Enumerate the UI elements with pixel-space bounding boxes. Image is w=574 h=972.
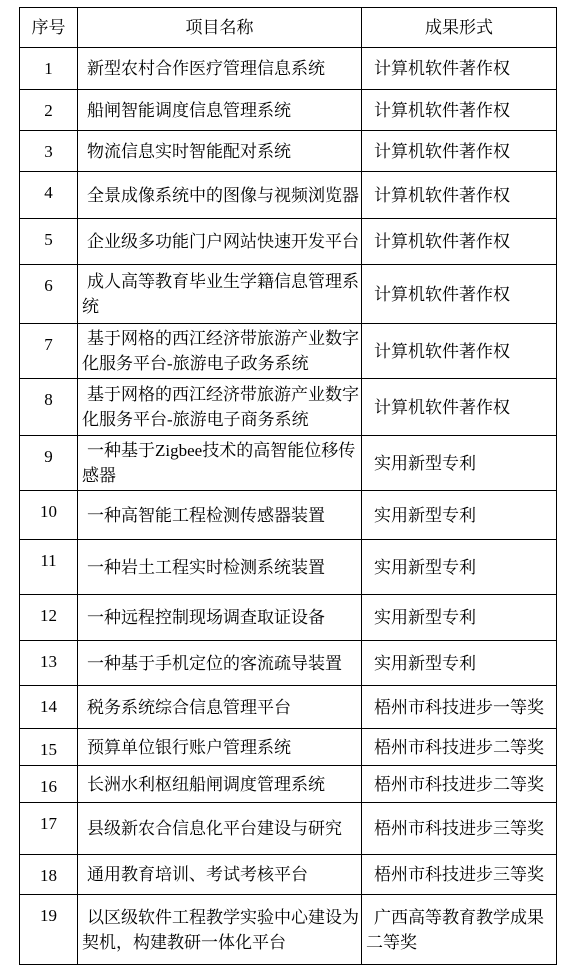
row-number: 4	[20, 172, 78, 219]
result-type: 梧州市科技进步三等奖	[362, 855, 557, 895]
project-name: 税务系统综合信息管理平台	[78, 686, 362, 729]
row-number: 16	[20, 766, 78, 803]
table-row: 11 一种岩土工程实时检测系统装置 实用新型专利	[20, 540, 557, 595]
header-row: 序号 项目名称 成果形式	[20, 8, 557, 48]
result-type: 实用新型专利	[362, 641, 557, 686]
project-name: 船闸智能调度信息管理系统	[78, 90, 362, 131]
row-number: 11	[20, 540, 78, 595]
result-type: 梧州市科技进步三等奖	[362, 803, 557, 855]
result-type: 实用新型专利	[362, 436, 557, 491]
project-name: 成人高等教育毕业生学籍信息管理系统	[78, 265, 362, 324]
project-name: 一种基于手机定位的客流疏导装置	[78, 641, 362, 686]
project-name: 企业级多功能门户网站快速开发平台	[78, 219, 362, 265]
project-name: 以区级软件工程教学实验中心建设为契机，构建教研一体化平台	[78, 895, 362, 965]
result-type: 梧州市科技进步二等奖	[362, 729, 557, 766]
table-row: 16 长洲水利枢纽船闸调度管理系统 梧州市科技进步二等奖	[20, 766, 557, 803]
project-name: 一种基于Zigbee技术的高智能位移传感器	[78, 436, 362, 491]
result-type: 实用新型专利	[362, 595, 557, 641]
header-name: 项目名称	[78, 8, 362, 48]
project-name: 全景成像系统中的图像与视频浏览器	[78, 172, 362, 219]
project-name: 基于网格的西江经济带旅游产业数字化服务平台-旅游电子政务系统	[78, 324, 362, 379]
row-number: 10	[20, 491, 78, 540]
table-row: 7 基于网格的西江经济带旅游产业数字化服务平台-旅游电子政务系统 计算机软件著作…	[20, 324, 557, 379]
result-type: 计算机软件著作权	[362, 219, 557, 265]
project-name: 物流信息实时智能配对系统	[78, 131, 362, 172]
table-row: 9 一种基于Zigbee技术的高智能位移传感器 实用新型专利	[20, 436, 557, 491]
header-result: 成果形式	[362, 8, 557, 48]
project-name: 基于网格的西江经济带旅游产业数字化服务平台-旅游电子商务系统	[78, 379, 362, 436]
table-row: 8 基于网格的西江经济带旅游产业数字化服务平台-旅游电子商务系统 计算机软件著作…	[20, 379, 557, 436]
project-name: 预算单位银行账户管理系统	[78, 729, 362, 766]
result-type: 计算机软件著作权	[362, 324, 557, 379]
project-name: 一种远程控制现场调查取证设备	[78, 595, 362, 641]
row-number: 14	[20, 686, 78, 729]
row-number: 15	[20, 729, 78, 766]
row-number: 17	[20, 803, 78, 855]
result-type: 广西高等教育教学成果二等奖	[362, 895, 557, 965]
project-name: 通用教育培训、考试考核平台	[78, 855, 362, 895]
result-type: 计算机软件著作权	[362, 172, 557, 219]
row-number: 7	[20, 324, 78, 379]
header-no: 序号	[20, 8, 78, 48]
row-number: 8	[20, 379, 78, 436]
result-type: 计算机软件著作权	[362, 265, 557, 324]
row-number: 9	[20, 436, 78, 491]
page: 序号 项目名称 成果形式 1 新型农村合作医疗管理信息系统 计算机软件著作权 2…	[0, 0, 574, 972]
project-name: 一种高智能工程检测传感器装置	[78, 491, 362, 540]
table-row: 6 成人高等教育毕业生学籍信息管理系统 计算机软件著作权	[20, 265, 557, 324]
table-row: 3 物流信息实时智能配对系统 计算机软件著作权	[20, 131, 557, 172]
table-row: 17 县级新农合信息化平台建设与研究 梧州市科技进步三等奖	[20, 803, 557, 855]
row-number: 5	[20, 219, 78, 265]
row-number: 2	[20, 90, 78, 131]
table-row: 4 全景成像系统中的图像与视频浏览器 计算机软件著作权	[20, 172, 557, 219]
result-type: 计算机软件著作权	[362, 90, 557, 131]
row-number: 6	[20, 265, 78, 324]
results-table: 序号 项目名称 成果形式 1 新型农村合作医疗管理信息系统 计算机软件著作权 2…	[19, 7, 557, 965]
row-number: 19	[20, 895, 78, 965]
table-row: 19 以区级软件工程教学实验中心建设为契机，构建教研一体化平台 广西高等教育教学…	[20, 895, 557, 965]
result-type: 梧州市科技进步二等奖	[362, 766, 557, 803]
project-name: 长洲水利枢纽船闸调度管理系统	[78, 766, 362, 803]
table-row: 18 通用教育培训、考试考核平台 梧州市科技进步三等奖	[20, 855, 557, 895]
table-row: 2 船闸智能调度信息管理系统 计算机软件著作权	[20, 90, 557, 131]
row-number: 12	[20, 595, 78, 641]
project-name: 县级新农合信息化平台建设与研究	[78, 803, 362, 855]
table-row: 13 一种基于手机定位的客流疏导装置 实用新型专利	[20, 641, 557, 686]
table-row: 14 税务系统综合信息管理平台 梧州市科技进步一等奖	[20, 686, 557, 729]
table-row: 5 企业级多功能门户网站快速开发平台 计算机软件著作权	[20, 219, 557, 265]
table-row: 10 一种高智能工程检测传感器装置 实用新型专利	[20, 491, 557, 540]
project-name: 一种岩土工程实时检测系统装置	[78, 540, 362, 595]
table-row: 12 一种远程控制现场调查取证设备 实用新型专利	[20, 595, 557, 641]
project-name: 新型农村合作医疗管理信息系统	[78, 48, 362, 90]
result-type: 梧州市科技进步一等奖	[362, 686, 557, 729]
result-type: 计算机软件著作权	[362, 131, 557, 172]
result-type: 实用新型专利	[362, 540, 557, 595]
row-number: 1	[20, 48, 78, 90]
table-row: 15 预算单位银行账户管理系统 梧州市科技进步二等奖	[20, 729, 557, 766]
result-type: 计算机软件著作权	[362, 48, 557, 90]
result-type: 计算机软件著作权	[362, 379, 557, 436]
row-number: 13	[20, 641, 78, 686]
row-number: 18	[20, 855, 78, 895]
table-row: 1 新型农村合作医疗管理信息系统 计算机软件著作权	[20, 48, 557, 90]
row-number: 3	[20, 131, 78, 172]
result-type: 实用新型专利	[362, 491, 557, 540]
